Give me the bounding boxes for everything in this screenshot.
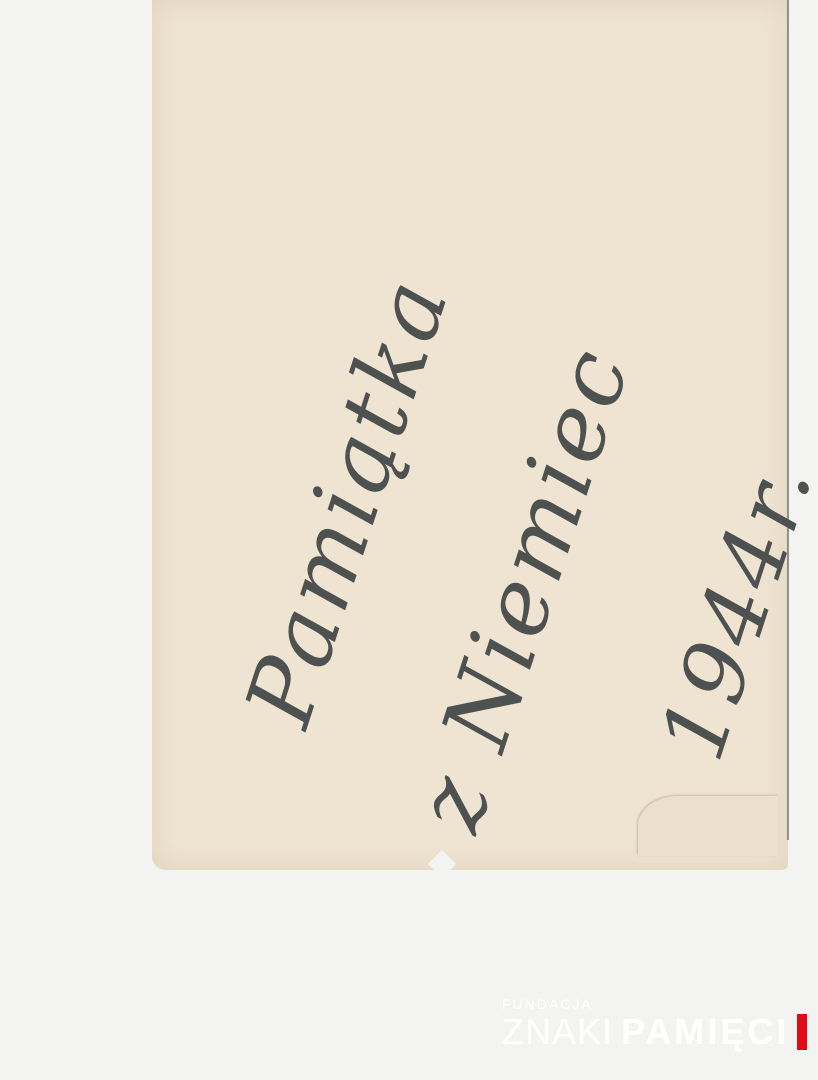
logo-name-thin: ZNAKI	[502, 1012, 613, 1052]
card-edge-shadow	[787, 0, 789, 840]
logo-red-bar-icon	[797, 1014, 807, 1050]
torn-edge	[428, 850, 456, 878]
logo-foundation-label: FUNDACJA	[502, 996, 807, 1012]
watermark-logo: FUNDACJA ZNAKI PAMIĘCI	[502, 996, 807, 1052]
logo-name-bold: PAMIĘCI	[621, 1012, 789, 1052]
